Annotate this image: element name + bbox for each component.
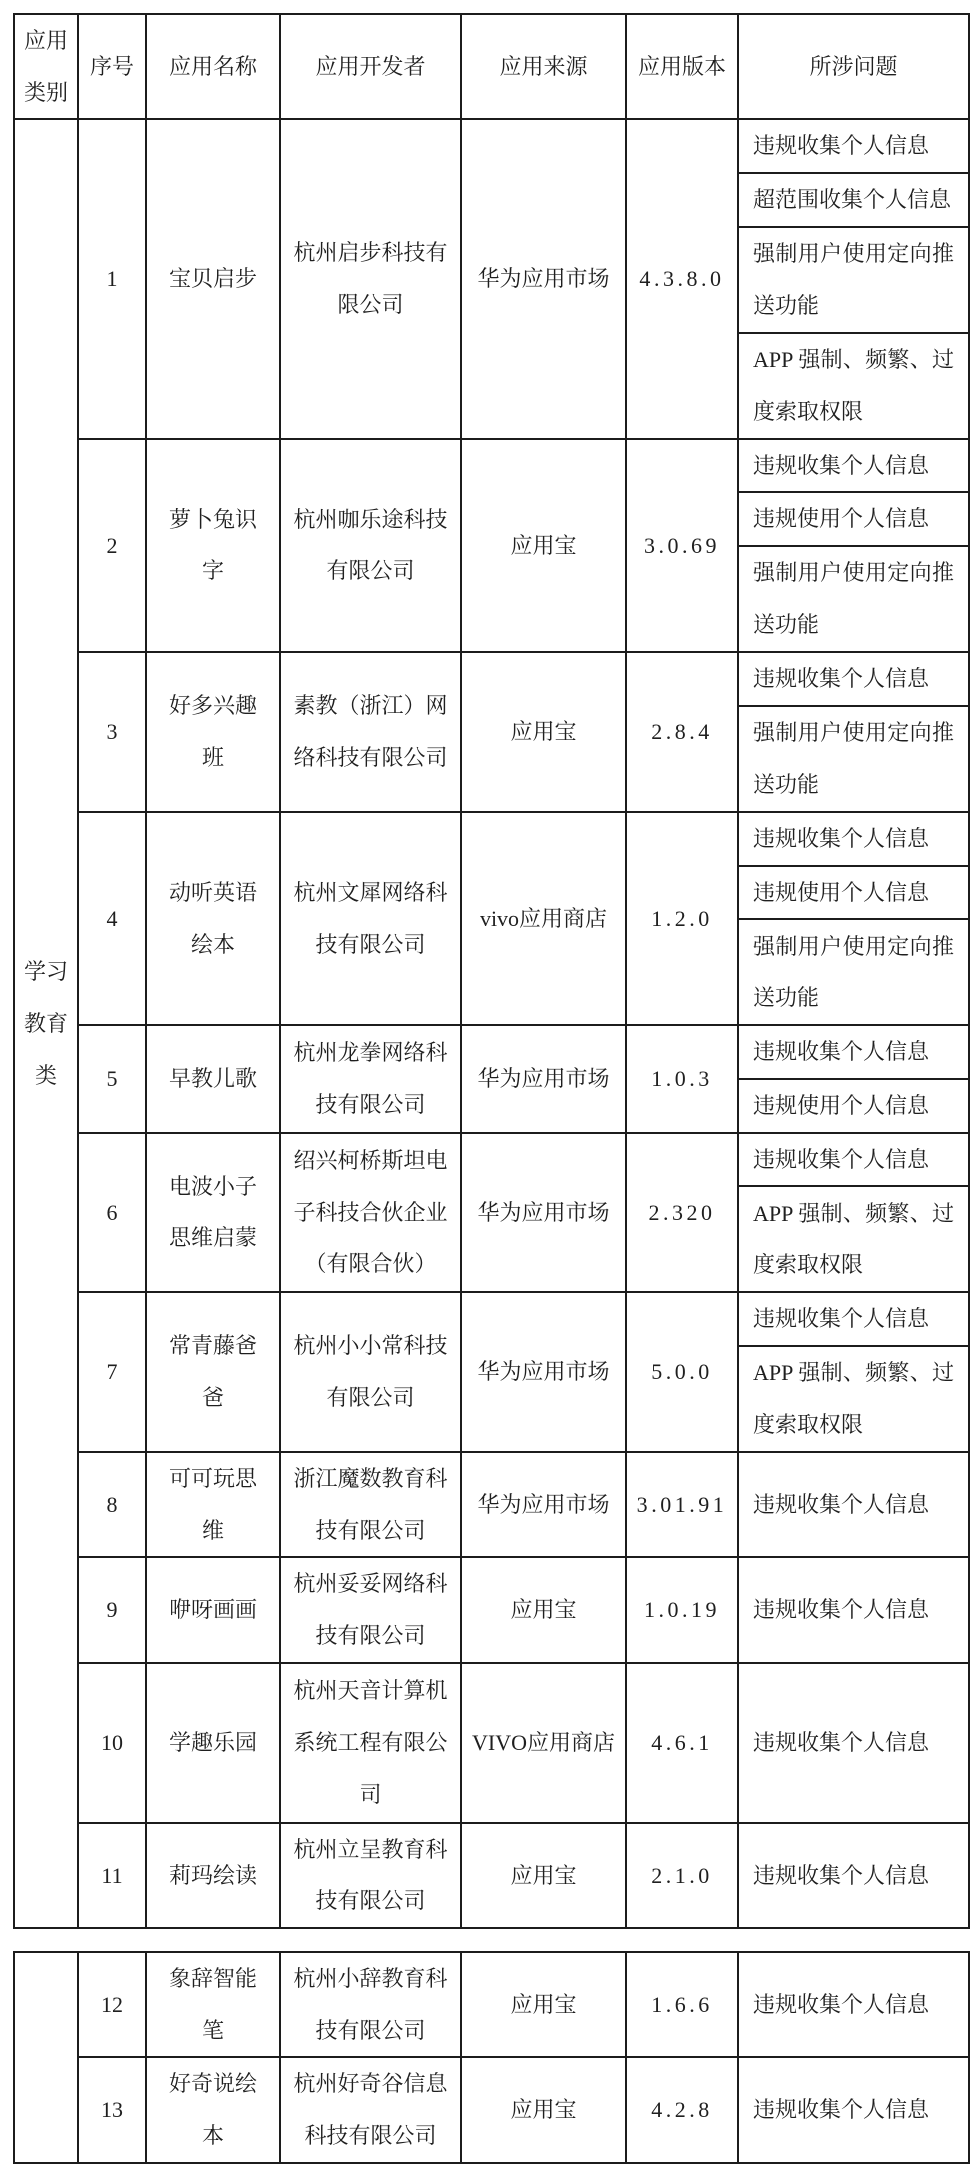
cell-category-empty <box>14 1952 78 2163</box>
cell-developer: 杭州妥妥网络科技有限公司 <box>280 1557 461 1662</box>
cell-developer: 杭州小小常科技有限公司 <box>280 1292 461 1452</box>
cell-source: 应用宝 <box>461 652 626 812</box>
cell-developer: 杭州咖乐途科技有限公司 <box>280 439 461 652</box>
cell-version: 3.01.91 <box>626 1452 738 1557</box>
header-cell-developer: 应用开发者 <box>280 14 461 119</box>
cell-version: 4.3.8.0 <box>626 119 738 438</box>
cell-app-name: 咿呀画画 <box>146 1557 280 1662</box>
cell-developer: 杭州文犀网络科技有限公司 <box>280 812 461 1025</box>
cell-issue: APP 强制、频繁、过度索取权限 <box>738 1346 969 1452</box>
cell-index: 7 <box>78 1292 146 1452</box>
cell-index: 8 <box>78 1452 146 1557</box>
cell-issue: 违规收集个人信息 <box>738 1663 969 1823</box>
cell-issue: 强制用户使用定向推送功能 <box>738 227 969 333</box>
cell-source: 华为应用市场 <box>461 1133 626 1293</box>
cell-issue: 违规收集个人信息 <box>738 812 969 866</box>
page-break-gap <box>13 1929 968 1951</box>
cell-app-name: 可可玩思维 <box>146 1452 280 1557</box>
cell-source: 华为应用市场 <box>461 1452 626 1557</box>
cell-version: 3.0.69 <box>626 439 738 652</box>
cell-source: 华为应用市场 <box>461 1292 626 1452</box>
header-cell-version: 应用版本 <box>626 14 738 119</box>
header-cell-index: 序号 <box>78 14 146 119</box>
table-row: 12象辞智能笔杭州小辞教育科技有限公司应用宝1.6.6违规收集个人信息 <box>14 1952 969 2057</box>
cell-developer: 杭州小辞教育科技有限公司 <box>280 1952 461 2057</box>
table-row: 2萝卜兔识字杭州咖乐途科技有限公司应用宝3.0.69违规收集个人信息 <box>14 439 969 493</box>
cell-index: 2 <box>78 439 146 652</box>
apps-table-page1: 应用类别 序号 应用名称 应用开发者 应用来源 应用版本 所涉问题 学习教育类1… <box>13 13 970 1929</box>
cell-version: 1.2.0 <box>626 812 738 1025</box>
cell-version: 4.2.8 <box>626 2057 738 2162</box>
cell-index: 12 <box>78 1952 146 2057</box>
cell-source: 应用宝 <box>461 1823 626 1928</box>
cell-developer: 杭州天音计算机系统工程有限公司 <box>280 1663 461 1823</box>
cell-source: VIVO应用商店 <box>461 1663 626 1823</box>
cell-issue: 违规收集个人信息 <box>738 1823 969 1928</box>
header-cell-source: 应用来源 <box>461 14 626 119</box>
cell-version: 5.0.0 <box>626 1292 738 1452</box>
cell-source: 应用宝 <box>461 2057 626 2162</box>
header-cell-name: 应用名称 <box>146 14 280 119</box>
cell-version: 1.6.6 <box>626 1952 738 2057</box>
table-row: 4动听英语绘本杭州文犀网络科技有限公司vivo应用商店1.2.0违规收集个人信息 <box>14 812 969 866</box>
cell-app-name: 莉玛绘读 <box>146 1823 280 1928</box>
cell-index: 5 <box>78 1025 146 1132</box>
cell-source: 华为应用市场 <box>461 1025 626 1132</box>
cell-app-name: 早教儿歌 <box>146 1025 280 1132</box>
cell-issue: 违规使用个人信息 <box>738 492 969 546</box>
table-row: 7常青藤爸爸杭州小小常科技有限公司华为应用市场5.0.0违规收集个人信息 <box>14 1292 969 1346</box>
cell-source: vivo应用商店 <box>461 812 626 1025</box>
cell-developer: 浙江魔数教育科技有限公司 <box>280 1452 461 1557</box>
cell-issue: 强制用户使用定向推送功能 <box>738 546 969 652</box>
table-row: 10学趣乐园杭州天音计算机系统工程有限公司VIVO应用商店4.6.1违规收集个人… <box>14 1663 969 1823</box>
table-row: 学习教育类1宝贝启步杭州启步科技有限公司华为应用市场4.3.8.0违规收集个人信… <box>14 119 969 173</box>
cell-source: 华为应用市场 <box>461 119 626 438</box>
cell-issue: 违规收集个人信息 <box>738 1952 969 2057</box>
cell-index: 4 <box>78 812 146 1025</box>
cell-developer: 杭州立呈教育科技有限公司 <box>280 1823 461 1928</box>
cell-app-name: 动听英语绘本 <box>146 812 280 1025</box>
apps-table-page2: 12象辞智能笔杭州小辞教育科技有限公司应用宝1.6.6违规收集个人信息13好奇说… <box>13 1951 970 2164</box>
cell-index: 10 <box>78 1663 146 1823</box>
cell-developer: 绍兴柯桥斯坦电子科技合伙企业（有限合伙） <box>280 1133 461 1293</box>
table-row: 11莉玛绘读杭州立呈教育科技有限公司应用宝2.1.0违规收集个人信息 <box>14 1823 969 1928</box>
table-row: 8可可玩思维浙江魔数教育科技有限公司华为应用市场3.01.91违规收集个人信息 <box>14 1452 969 1557</box>
cell-app-name: 象辞智能笔 <box>146 1952 280 2057</box>
cell-app-name: 学趣乐园 <box>146 1663 280 1823</box>
cell-version: 2.1.0 <box>626 1823 738 1928</box>
cell-issue: 违规收集个人信息 <box>738 1133 969 1187</box>
cell-developer: 杭州好奇谷信息科技有限公司 <box>280 2057 461 2162</box>
cell-issue: 违规收集个人信息 <box>738 119 969 173</box>
header-row: 应用类别 序号 应用名称 应用开发者 应用来源 应用版本 所涉问题 <box>14 14 969 119</box>
cell-version: 4.6.1 <box>626 1663 738 1823</box>
cell-app-name: 宝贝启步 <box>146 119 280 438</box>
cell-issue: 强制用户使用定向推送功能 <box>738 706 969 812</box>
cell-index: 6 <box>78 1133 146 1293</box>
cell-source: 应用宝 <box>461 1557 626 1662</box>
table-row: 6电波小子思维启蒙绍兴柯桥斯坦电子科技合伙企业（有限合伙）华为应用市场2.320… <box>14 1133 969 1187</box>
cell-version: 2.320 <box>626 1133 738 1293</box>
cell-app-name: 萝卜兔识字 <box>146 439 280 652</box>
cell-issue: APP 强制、频繁、过度索取权限 <box>738 333 969 439</box>
cell-issue: 超范围收集个人信息 <box>738 173 969 227</box>
cell-index: 3 <box>78 652 146 812</box>
cell-issue: 违规收集个人信息 <box>738 1557 969 1662</box>
cell-category: 学习教育类 <box>14 119 78 1928</box>
cell-version: 1.0.19 <box>626 1557 738 1662</box>
cell-version: 1.0.3 <box>626 1025 738 1132</box>
header-cell-category: 应用类别 <box>14 14 78 119</box>
cell-issue: 违规使用个人信息 <box>738 1079 969 1133</box>
cell-issue: 违规收集个人信息 <box>738 439 969 493</box>
cell-developer: 杭州龙拳网络科技有限公司 <box>280 1025 461 1132</box>
table-row: 9咿呀画画杭州妥妥网络科技有限公司应用宝1.0.19违规收集个人信息 <box>14 1557 969 1662</box>
cell-app-name: 好多兴趣班 <box>146 652 280 812</box>
cell-issue: 违规收集个人信息 <box>738 652 969 706</box>
cell-issue: 违规收集个人信息 <box>738 1292 969 1346</box>
cell-source: 应用宝 <box>461 439 626 652</box>
cell-issue: 违规使用个人信息 <box>738 866 969 920</box>
cell-issue: 违规收集个人信息 <box>738 2057 969 2162</box>
cell-developer: 杭州启步科技有限公司 <box>280 119 461 438</box>
cell-index: 11 <box>78 1823 146 1928</box>
cell-index: 9 <box>78 1557 146 1662</box>
cell-issue: APP 强制、频繁、过度索取权限 <box>738 1186 969 1292</box>
cell-app-name: 电波小子思维启蒙 <box>146 1133 280 1293</box>
table-row: 3好多兴趣班素教（浙江）网络科技有限公司应用宝2.8.4违规收集个人信息 <box>14 652 969 706</box>
cell-issue: 强制用户使用定向推送功能 <box>738 919 969 1025</box>
cell-app-name: 常青藤爸爸 <box>146 1292 280 1452</box>
header-cell-issues: 所涉问题 <box>738 14 969 119</box>
cell-app-name: 好奇说绘本 <box>146 2057 280 2162</box>
cell-index: 13 <box>78 2057 146 2162</box>
cell-issue: 违规收集个人信息 <box>738 1452 969 1557</box>
table-row: 5早教儿歌杭州龙拳网络科技有限公司华为应用市场1.0.3违规收集个人信息 <box>14 1025 969 1079</box>
cell-version: 2.8.4 <box>626 652 738 812</box>
cell-developer: 素教（浙江）网络科技有限公司 <box>280 652 461 812</box>
cell-issue: 违规收集个人信息 <box>738 1025 969 1079</box>
cell-index: 1 <box>78 119 146 438</box>
document: 应用类别 序号 应用名称 应用开发者 应用来源 应用版本 所涉问题 学习教育类1… <box>0 0 979 2175</box>
cell-source: 应用宝 <box>461 1952 626 2057</box>
table-row: 13好奇说绘本杭州好奇谷信息科技有限公司应用宝4.2.8违规收集个人信息 <box>14 2057 969 2162</box>
